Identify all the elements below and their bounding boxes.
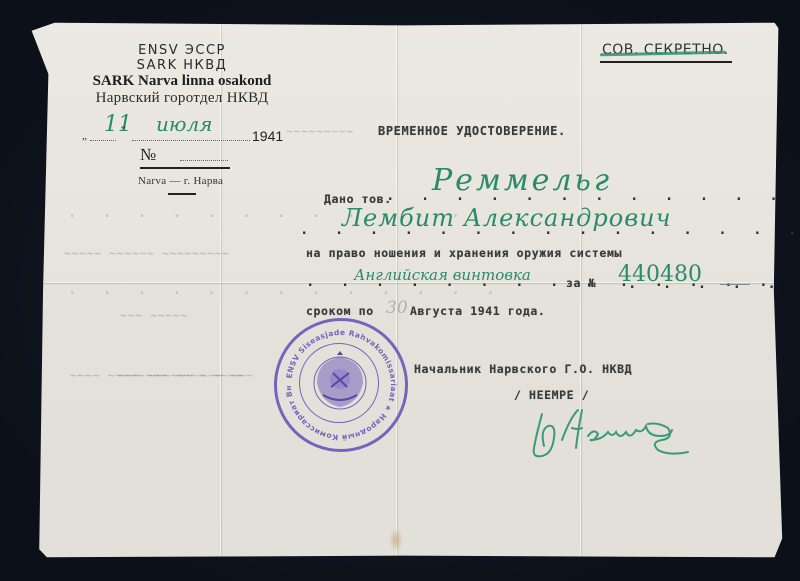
title-faint-prefix: ~~~~~~~~~ bbox=[286, 124, 354, 138]
date-open-quote: „ bbox=[82, 130, 87, 142]
faint-show-through-4: ~~~~ ~~~~~~~~ ~~~~ ~~~~ bbox=[70, 368, 243, 382]
official-stamp: ENSV Siseasjade Rahvakomissariaat ★ Наро… bbox=[274, 318, 408, 452]
validity-day: 30 bbox=[386, 298, 408, 318]
given-names-handwritten: Лембит Александрович bbox=[342, 204, 672, 232]
number-field bbox=[180, 160, 228, 161]
stamp-emblem-icon: ENSV Siseasjade Rahvakomissariaat ★ Наро… bbox=[277, 321, 405, 449]
purpose-text: на право ношения и хранения оружия систе… bbox=[306, 246, 622, 260]
city-label: Narva — г. Нарва bbox=[138, 175, 223, 187]
letterhead-line-3: SARK Narva linna osakond bbox=[62, 73, 302, 90]
faint-show-through-2: ~~~ ~~~~~ bbox=[120, 308, 188, 322]
date-month: июля bbox=[156, 112, 212, 136]
paper-stain bbox=[389, 528, 403, 552]
weapon-line-tail bbox=[720, 284, 750, 285]
letterhead: ENSV ЭССР SARK НКВД SARK Narva linna osa… bbox=[62, 43, 302, 107]
number-label: № bbox=[140, 145, 156, 165]
surname-handwritten: Реммельг bbox=[432, 163, 612, 198]
weapon-number-label: за № bbox=[566, 276, 596, 290]
fold-line-vertical-right bbox=[580, 20, 581, 560]
date-day: 11 bbox=[104, 112, 132, 137]
weapon-handwritten: Английская винтовка bbox=[354, 266, 531, 284]
date-year: 1941 bbox=[252, 128, 283, 144]
date-day-field bbox=[90, 140, 116, 141]
signature-icon bbox=[528, 400, 718, 470]
date-month-field bbox=[132, 140, 250, 141]
faint-show-through-1: ~~~~~ ~~~~~~ ~~~~~~~~~ bbox=[64, 246, 230, 260]
city-underline bbox=[168, 193, 196, 195]
letterhead-line-2: SARK НКВД bbox=[62, 58, 302, 73]
weapon-number-handwritten: 440480 bbox=[618, 262, 702, 287]
number-underline-left bbox=[140, 167, 188, 169]
classification-underline bbox=[600, 61, 732, 63]
letterhead-line-4: Нарвский горотдел НКВД bbox=[62, 90, 302, 107]
letterhead-line-1: ENSV ЭССР bbox=[62, 43, 302, 58]
date-close-quote: “ bbox=[121, 124, 126, 136]
number-underline-right bbox=[182, 167, 230, 169]
signatory-title: Начальник Нарвского Г.О. НКВД bbox=[414, 362, 632, 376]
validity-date: Августа 1941 года. bbox=[410, 304, 545, 318]
validity-label: сроком по bbox=[306, 304, 374, 318]
document-title: ВРЕМЕННОЕ УДОСТОВЕРЕНИЕ. bbox=[378, 124, 566, 138]
